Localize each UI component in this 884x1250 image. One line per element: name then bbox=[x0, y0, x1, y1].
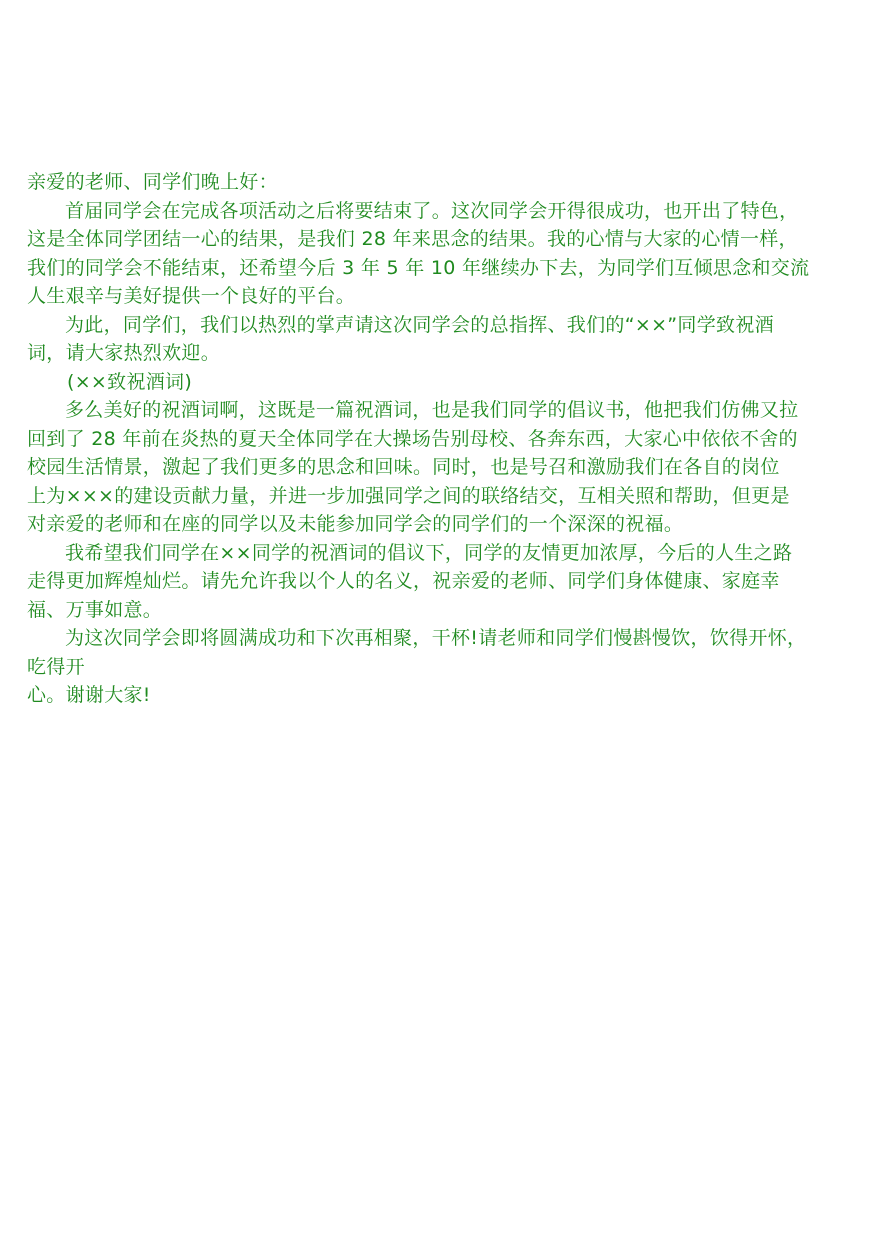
paragraph-line: 这是全体同学团结一心的结果，是我们 28 年来思念的结果。我的心情与大家的心情一… bbox=[27, 225, 857, 254]
closing-line: 心。谢谢大家! bbox=[27, 681, 857, 710]
paragraph-line: 人生艰辛与美好提供一个良好的平台。 bbox=[27, 282, 857, 311]
paragraph-line: 首届同学会在完成各项活动之后将要结束了。这次同学会开得很成功，也开出了特色， bbox=[27, 197, 857, 226]
stage-direction: (××致祝酒词) bbox=[27, 368, 857, 397]
paragraph-line: 为此，同学们，我们以热烈的掌声请这次同学会的总指挥、我们的“××”同学致祝酒 bbox=[27, 311, 857, 340]
paragraph-line: 我们的同学会不能结束，还希望今后 3 年 5 年 10 年继续办下去，为同学们互… bbox=[27, 254, 857, 283]
paragraph-line: 回到了 28 年前在炎热的夏天全体同学在大操场告别母校、各奔东西，大家心中依依不… bbox=[27, 425, 857, 454]
document-body: 亲爱的老师、同学们晚上好： 首届同学会在完成各项活动之后将要结束了。这次同学会开… bbox=[27, 168, 857, 710]
greeting: 亲爱的老师、同学们晚上好： bbox=[27, 168, 857, 197]
paragraph-line: 为这次同学会即将圆满成功和下次再相聚，干杯!请老师和同学们慢斟慢饮，饮得开怀， bbox=[27, 624, 857, 653]
paragraph-line: 对亲爱的老师和在座的同学以及未能参加同学会的同学们的一个深深的祝福。 bbox=[27, 510, 857, 539]
paragraph-line: 福、万事如意。 bbox=[27, 596, 857, 625]
paragraph-line: 词，请大家热烈欢迎。 bbox=[27, 339, 857, 368]
paragraph-line: 我希望我们同学在××同学的祝酒词的倡议下，同学的友情更加浓厚，今后的人生之路 bbox=[27, 539, 857, 568]
paragraph-line: 上为×××的建设贡献力量，并进一步加强同学之间的联络结交，互相关照和帮助，但更是 bbox=[27, 482, 857, 511]
paragraph-line: 多么美好的祝酒词啊，这既是一篇祝酒词，也是我们同学的倡议书，他把我们仿佛又拉 bbox=[27, 396, 857, 425]
paragraph-line: 校园生活情景，激起了我们更多的思念和回味。同时，也是号召和激励我们在各自的岗位 bbox=[27, 453, 857, 482]
paragraph-line: 吃得开 bbox=[27, 653, 857, 682]
paragraph-line: 走得更加辉煌灿烂。请先允许我以个人的名义，祝亲爱的老师、同学们身体健康、家庭幸 bbox=[27, 567, 857, 596]
